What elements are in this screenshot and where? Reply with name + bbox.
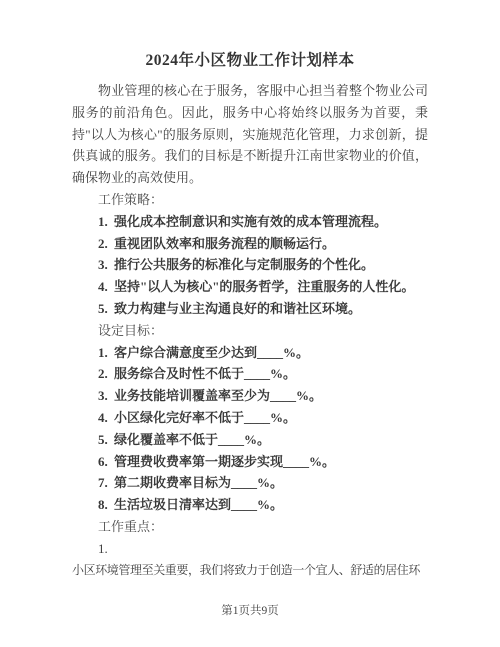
list-item-number: 8. — [98, 494, 114, 516]
list-item-number: 2. — [98, 363, 114, 385]
list-item-number: 6. — [98, 451, 114, 473]
list-item-number: 7. — [98, 472, 114, 494]
list-item-number: 3. — [98, 254, 114, 276]
list-item-text: 坚持"以人为核心"的服务哲学，注重服务的人性化。 — [114, 276, 428, 298]
list-item: 5. 致力构建与业主沟通良好的和谐社区环境。 — [72, 298, 428, 320]
list-item: 1. 强化成本控制意识和实施有效的成本管理流程。 — [72, 211, 428, 233]
document-page: 2024年小区物业工作计划样本 物业管理的核心在于服务，客服中心担当着整个物业公… — [0, 0, 500, 647]
document-body: 物业管理的核心在于服务，客服中心担当着整个物业公司服务的前沿角色。因此，服务中心… — [72, 80, 428, 581]
list-item: 8. 生活垃圾日清率达到____%。 — [72, 494, 428, 516]
list-item-text: 致力构建与业主沟通良好的和谐社区环境。 — [114, 298, 428, 320]
list-item: 3. 业务技能培训覆盖率至少为____%。 — [72, 385, 428, 407]
list-item: 2. 服务综合及时性不低于____%。 — [72, 363, 428, 385]
list-item-number: 1. — [98, 342, 114, 364]
list-item-text: 管理费收费率第一期逐步实现____%。 — [114, 451, 428, 473]
list-item-text: 强化成本控制意识和实施有效的成本管理流程。 — [114, 211, 428, 233]
goals-list: 1. 客户综合满意度至少达到____%。 2. 服务综合及时性不低于____%。… — [72, 342, 428, 516]
list-item: 7. 第二期收费率目标为____%。 — [72, 472, 428, 494]
list-item: 1. — [72, 538, 428, 560]
list-item-text — [114, 538, 428, 560]
document-title: 2024年小区物业工作计划样本 — [60, 50, 440, 72]
list-item: 2. 重视团队效率和服务流程的顺畅运行。 — [72, 233, 428, 255]
list-item-text: 业务技能培训覆盖率至少为____%。 — [114, 385, 428, 407]
list-item: 4. 小区绿化完好率不低于____%。 — [72, 407, 428, 429]
list-item-text: 小区绿化完好率不低于____%。 — [114, 407, 428, 429]
list-item-number: 5. — [98, 298, 114, 320]
list-item-number: 1. — [98, 538, 114, 560]
list-item-number: 5. — [98, 429, 114, 451]
list-item-number: 2. — [98, 233, 114, 255]
strategy-list: 1. 强化成本控制意识和实施有效的成本管理流程。 2. 重视团队效率和服务流程的… — [72, 211, 428, 320]
list-item: 1. 客户综合满意度至少达到____%。 — [72, 342, 428, 364]
list-item: 5. 绿化覆盖率不低于____%。 — [72, 429, 428, 451]
list-item-text: 生活垃圾日清率达到____%。 — [114, 494, 428, 516]
list-item-number: 3. — [98, 385, 114, 407]
list-item-number: 1. — [98, 211, 114, 233]
list-item-number: 4. — [98, 276, 114, 298]
list-item: 3. 推行公共服务的标准化与定制服务的个性化。 — [72, 254, 428, 276]
intro-paragraph: 物业管理的核心在于服务，客服中心担当着整个物业公司服务的前沿角色。因此，服务中心… — [72, 80, 428, 189]
closing-paragraph: 小区环境管理至关重要，我们将致力于创造一个宜人、舒适的居住环 — [72, 560, 428, 582]
list-item-text: 服务综合及时性不低于____%。 — [114, 363, 428, 385]
list-item-text: 绿化覆盖率不低于____%。 — [114, 429, 428, 451]
list-item-number: 4. — [98, 407, 114, 429]
priorities-list: 1. — [72, 538, 428, 560]
section-heading-priorities: 工作重点： — [72, 516, 428, 538]
section-heading-goals: 设定目标： — [72, 320, 428, 342]
list-item-text: 重视团队效率和服务流程的顺畅运行。 — [114, 233, 428, 255]
list-item-text: 客户综合满意度至少达到____%。 — [114, 342, 428, 364]
list-item: 4. 坚持"以人为核心"的服务哲学，注重服务的人性化。 — [72, 276, 428, 298]
page-footer: 第1页共9页 — [0, 602, 500, 618]
section-heading-strategy: 工作策略： — [72, 189, 428, 211]
list-item: 6. 管理费收费率第一期逐步实现____%。 — [72, 451, 428, 473]
list-item-text: 推行公共服务的标准化与定制服务的个性化。 — [114, 254, 428, 276]
list-item-text: 第二期收费率目标为____%。 — [114, 472, 428, 494]
